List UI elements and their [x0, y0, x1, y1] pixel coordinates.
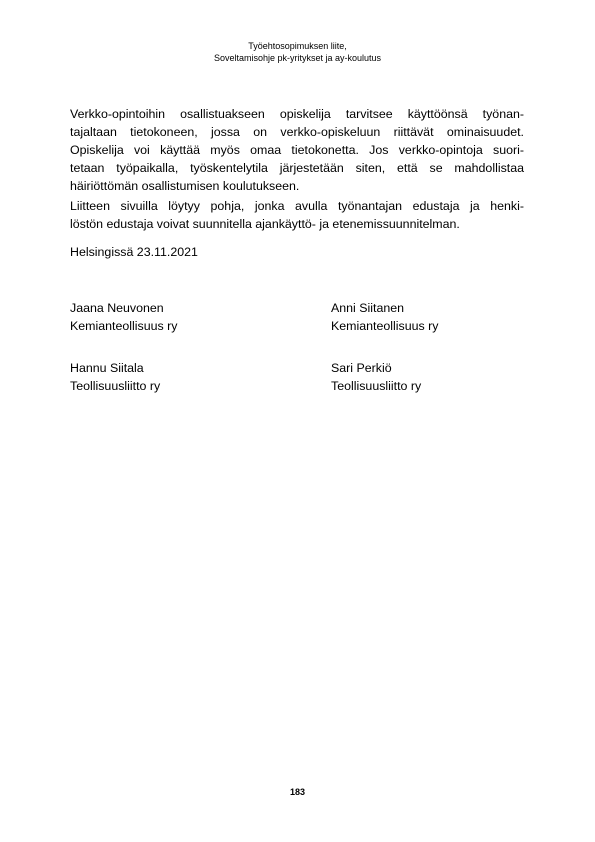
paragraph-planning-template: Liitteen sivuilla löytyy pohja, jonka av…: [70, 197, 524, 233]
place-and-date: Helsingissä 23.11.2021: [70, 243, 524, 261]
paragraph-line: tajaltaan tietokoneen, jossa on verkko-o…: [70, 123, 524, 141]
paragraph-line: Opiskelija voi käyttää myös omaa tietoko…: [70, 141, 524, 159]
running-header: Työehtosopimuksen liite, Soveltamisohje …: [0, 40, 595, 64]
signatory-name: Hannu Siitala: [70, 359, 160, 377]
signature-block: Hannu Siitala Teollisuusliitto ry: [70, 359, 160, 395]
signatory-organization: Teollisuusliitto ry: [70, 377, 160, 395]
page-number: 183: [0, 787, 595, 797]
signatory-name: Jaana Neuvonen: [70, 299, 177, 317]
signatory-name: Anni Siitanen: [331, 299, 438, 317]
paragraph-line: Liitteen sivuilla löytyy pohja, jonka av…: [70, 197, 524, 215]
header-line-1: Työehtosopimuksen liite,: [0, 40, 595, 52]
signatory-organization: Teollisuusliitto ry: [331, 377, 421, 395]
paragraph-line: Verkko-opintoihin osallistuakseen opiske…: [70, 105, 524, 123]
signatory-name: Sari Perkiö: [331, 359, 421, 377]
header-line-2: Soveltamisohje pk-yritykset ja ay-koulut…: [0, 52, 595, 64]
signature-block: Jaana Neuvonen Kemianteollisuus ry: [70, 299, 177, 335]
paragraph-line: häiriöttömän osallistumisen koulutukseen…: [70, 177, 524, 195]
paragraph-remote-study-equipment: Verkko-opintoihin osallistuakseen opiske…: [70, 105, 524, 195]
paragraph-line: löstön edustaja voivat suunnitella ajank…: [70, 215, 524, 233]
signatory-organization: Kemianteollisuus ry: [331, 317, 438, 335]
signature-block: Anni Siitanen Kemianteollisuus ry: [331, 299, 438, 335]
signatory-organization: Kemianteollisuus ry: [70, 317, 177, 335]
signature-block: Sari Perkiö Teollisuusliitto ry: [331, 359, 421, 395]
paragraph-line: tetaan työpaikalla, työskentelytila järj…: [70, 159, 524, 177]
